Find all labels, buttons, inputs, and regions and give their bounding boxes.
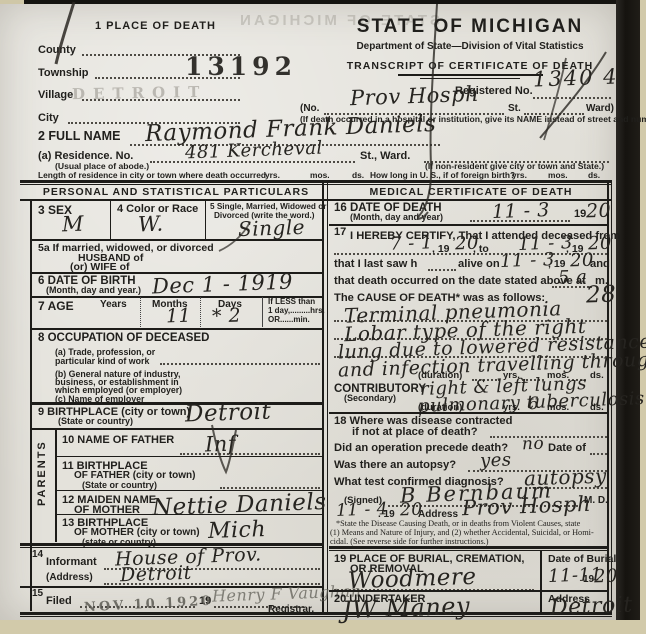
rule-under-8 (30, 402, 323, 405)
occupation-a-line (160, 362, 320, 365)
birthplace-sub: (State or country) (58, 416, 133, 426)
age-less-1: If LESS than (268, 297, 315, 306)
rule-under-9 (30, 428, 323, 430)
state-title: STATE OF MICHIGAN (330, 16, 610, 38)
saw-line-label: that I last saw h (334, 258, 417, 270)
parents-vertical-label: PARENTS (36, 446, 48, 506)
header-rule-1 (20, 180, 612, 183)
informant-num: 14 (32, 549, 43, 560)
bottom-rule-1 (20, 612, 612, 615)
howlong-label: How long in U. S., if of foreign birth? (370, 170, 515, 180)
hospital-name-value: Prov Hosph (350, 82, 480, 110)
hospital-st-label: St. (508, 103, 521, 114)
father-bp-line (220, 486, 320, 489)
certify-from-value: 7 - 1 (390, 232, 434, 254)
age-label: 7 AGE (38, 299, 74, 313)
transcript-underline2 (420, 78, 520, 79)
age-months-value: 11 (166, 305, 192, 328)
howlong-mos: mos. (548, 170, 568, 180)
rule-above-19b (329, 550, 607, 551)
full-name-label: 2 FULL NAME (38, 129, 120, 143)
filed-label: Filed (46, 595, 72, 607)
informant-addr-label: (Address) (46, 572, 93, 583)
autopsy-label: Was there an autopsy? (334, 459, 456, 471)
footnote-1: *State the Disease Causing Death, or in … (336, 519, 580, 528)
and-label: and (590, 258, 610, 270)
cause-ds: ds. (590, 370, 604, 381)
q18-line (490, 435, 607, 438)
left-section-header: PERSONAL AND STATISTICAL PARTICULARS (30, 186, 322, 198)
certify-19a: , 19 (432, 243, 450, 255)
date-of-line (590, 452, 607, 455)
scanned-death-certificate: STATE OF MICHIGAN 1 PLACE OF DEATH Count… (0, 0, 646, 634)
township-label: Township (38, 67, 89, 79)
rule-under-345 (30, 239, 323, 241)
informant-addr-value: Detroit (120, 562, 193, 586)
q18-label-2: if not at place of death? (352, 426, 478, 438)
burial-divider (540, 550, 542, 612)
age-less-3: OR......min. (268, 315, 310, 324)
saw-blank-line (428, 268, 456, 271)
marital-label-1: 5 Single, Married, Widowed or (210, 202, 326, 211)
filed-num: 15 (32, 588, 43, 599)
mother-bp-3: (state or country) (82, 537, 156, 547)
father-name-line (180, 452, 320, 455)
detroit-stamp: DETROIT (72, 83, 208, 103)
age-years-header: Years (100, 299, 127, 310)
age-div-3 (262, 297, 264, 327)
father-bp-3: (State or country) (82, 480, 157, 490)
margin-number: 28 (586, 281, 617, 308)
file-number-stamp: 13192 (185, 52, 297, 81)
right-section-header: MEDICAL CERTIFICATE OF DEATH (330, 186, 612, 198)
alive-on-label: alive on (458, 258, 500, 270)
village-label: Village (38, 89, 73, 101)
sex-value: M (62, 212, 85, 237)
age-less-2: 1 day,.........hrs. (268, 306, 325, 315)
length-mos: mos. (310, 170, 330, 180)
registered-no-line (533, 96, 611, 99)
city-label: City (38, 112, 59, 124)
occurred-label: that death occurred on the date stated a… (334, 275, 586, 287)
howlong-ds: ds. (588, 170, 600, 180)
dept-line: Department of State—Division of Vital St… (330, 41, 610, 52)
rule-under-12 (55, 514, 323, 515)
race-value: W. (138, 212, 164, 237)
contributory-sub: (Secondary) (344, 393, 396, 403)
dob-sub: (Month, day and year.) (46, 285, 141, 295)
county-label: County (38, 44, 76, 56)
rule-under-16 (329, 224, 607, 226)
dob-value: Dec 1 - 1919 (152, 270, 294, 299)
occupation-label: 8 OCCUPATION OF DECEASED (38, 332, 209, 344)
rule-under-10 (55, 456, 323, 457)
burial-yr: 20 (594, 566, 619, 588)
sign-address-value: Prov Hosph (462, 492, 592, 520)
certify-num: 17 (334, 226, 346, 238)
bottom-frame (0, 620, 640, 634)
rule-under-7 (30, 328, 323, 330)
st-ward-label: St., Ward. (360, 150, 410, 162)
age-days-value: * 2 (212, 304, 242, 327)
undertaker-value: JW Maney (342, 592, 471, 624)
place-of-death-label: 1 PLACE OF DEATH (95, 20, 216, 32)
father-name-label: 10 NAME OF FATHER (62, 434, 174, 446)
rule-under-contrib (329, 412, 607, 414)
length-yrs: yrs. (265, 170, 280, 180)
footnote-3: cidal. (See reverse side for further ins… (330, 537, 489, 546)
operation-value: no (522, 434, 545, 455)
undertaker-addr-value: Detroit (550, 593, 633, 621)
top-edge-bar (24, 0, 616, 4)
length-ds: ds. (352, 170, 364, 180)
certify-to-word: , to (473, 243, 489, 255)
column-divider-2 (327, 180, 328, 612)
saw-date-value: 11 - 3 (500, 249, 556, 272)
bottom-rule-2 (20, 616, 612, 617)
transcript-underline (398, 74, 543, 76)
hospital-ward-label: Ward) (586, 103, 614, 114)
mother-bp-value: Mich (208, 517, 267, 544)
dod-sub: (Month, day and year) (350, 212, 443, 222)
age-div-1 (140, 297, 142, 327)
right-dark-band (616, 0, 640, 634)
registered-no-value: 1340 4 (533, 65, 619, 92)
dod-value: 11 - 3 (492, 199, 550, 223)
date-of-burial-label: Date of Burial (548, 553, 616, 565)
rule-under-13a (20, 543, 323, 546)
right-frame (640, 0, 646, 634)
dod-19: 19 (574, 208, 586, 220)
howlong-yrs: yrs. (512, 170, 527, 180)
parents-inner-border (55, 428, 57, 542)
date-of-label: Date of (548, 442, 586, 454)
informant-label: Informant (46, 556, 97, 568)
sex-race-divider (110, 199, 111, 239)
burial-19: 19 (583, 574, 594, 585)
rule-above-19a (329, 546, 607, 549)
header-rule-2 (20, 184, 612, 185)
marital-value: Single (238, 215, 306, 241)
footnote-2: (1) Means and Nature of Injury, and (2) … (330, 528, 594, 537)
length-residence-label: Length of residence in city or town wher… (38, 170, 266, 180)
hour-value: 5 a (558, 266, 588, 288)
birthplace-value: Detroit (185, 399, 272, 428)
age-div-2 (200, 297, 202, 327)
hospital-no-paren: (No. (300, 103, 319, 114)
dod-20: 20 (586, 200, 612, 223)
autopsy-value: yes (480, 449, 512, 471)
race-marital-divider (205, 199, 206, 239)
occupation-a2: particular kind of work (55, 356, 149, 366)
